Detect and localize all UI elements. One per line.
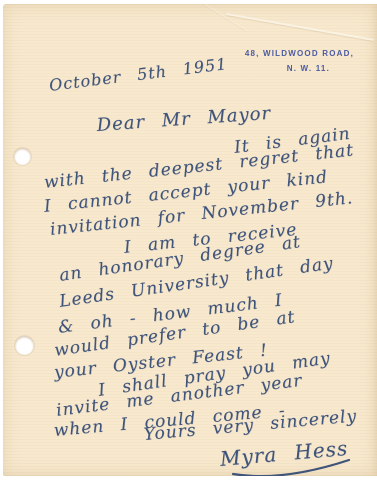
paper-crease: [188, 4, 248, 31]
punch-hole: [15, 336, 34, 355]
salutation: Dear Mr Mayor: [96, 103, 272, 136]
paper-crease: [226, 13, 374, 41]
date-line: October 5th 1951: [48, 54, 228, 95]
letterhead-address-line2: N. W. 11.: [287, 64, 330, 73]
letter-scan: 48, WILDWOOD ROAD, N. W. 11. October 5th…: [0, 0, 377, 480]
signature-underline-flourish: [227, 455, 359, 476]
letter-paper: 48, WILDWOOD ROAD, N. W. 11. October 5th…: [3, 4, 377, 476]
punch-hole: [14, 148, 31, 165]
letterhead-address-line1: 48, WILDWOOD ROAD,: [245, 49, 354, 58]
